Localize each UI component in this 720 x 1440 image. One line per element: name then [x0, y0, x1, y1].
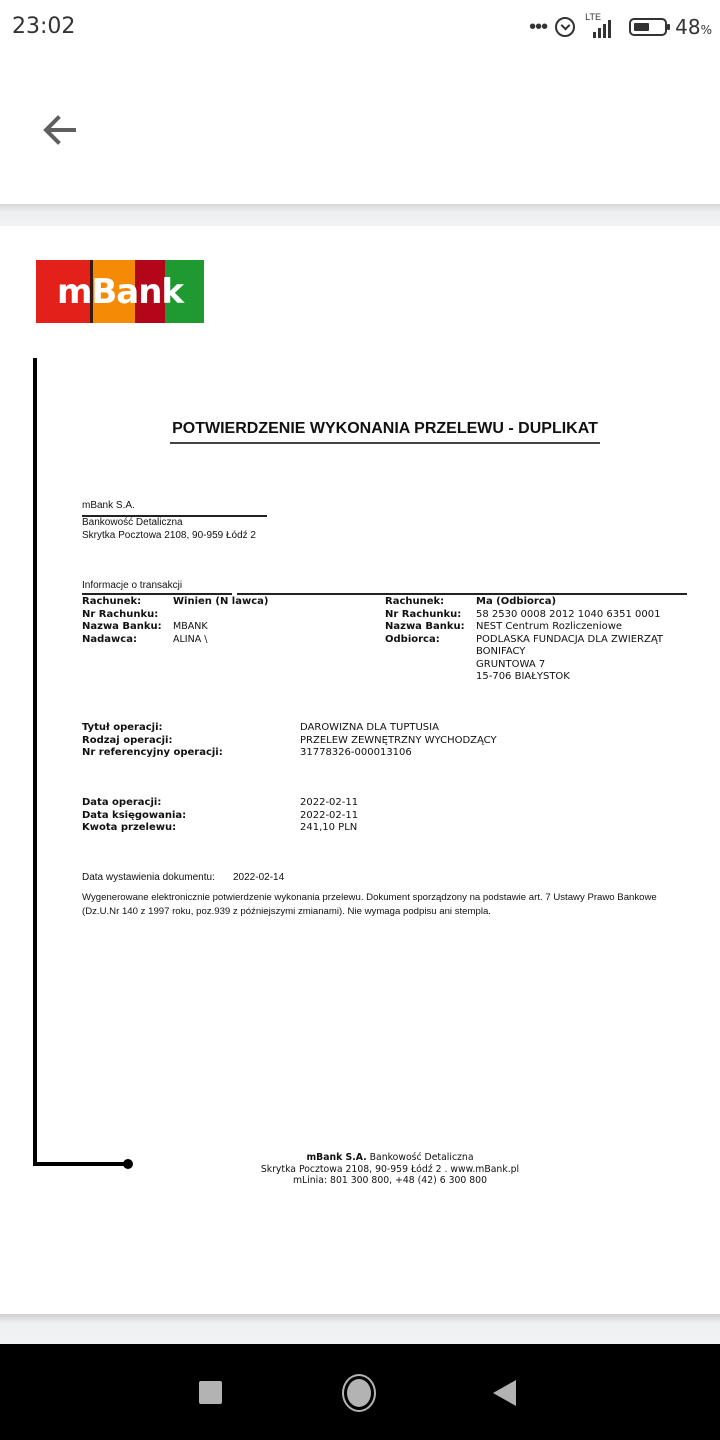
triangle-back-icon[interactable] [493, 1380, 516, 1406]
decorative-dot [123, 1159, 133, 1169]
section-divider [82, 593, 232, 595]
battery-icon [629, 18, 667, 36]
receiver-address-line: 15-706 BIAŁYSTOK [476, 671, 663, 684]
status-bar: 23:02 ••• LTE 48% [0, 0, 720, 56]
arrow-left-icon [38, 108, 82, 152]
receiver-name-line: PODLASKA FUNDACJA DLA ZWIERZĄT [476, 634, 663, 647]
disclaimer-text: Wygenerowane elektronicznie potwierdzeni… [82, 891, 682, 918]
date-labels: Data operacji: Data księgowania: Kwota p… [82, 797, 186, 835]
document-page[interactable] [0, 226, 720, 1314]
status-icons: ••• LTE 48% [529, 12, 712, 42]
operation-type: PRZELEW ZEWNĘTRZNY WYCHODZĄCY [300, 735, 497, 748]
page-separator [0, 1314, 720, 1344]
alarm-clock-icon [555, 17, 575, 37]
receiver-address-line: GRUNTOWA 7 [476, 659, 663, 672]
sender-bank: MBANK [173, 621, 268, 634]
document-title: POTWIERDZENIE WYKONANIA PRZELEWU - DUPLI… [170, 420, 600, 438]
operation-date: 2022-02-11 [300, 797, 358, 810]
clock: 23:02 [12, 14, 75, 39]
footer-division: Bankowość Detaliczna [367, 1152, 474, 1163]
operation-labels: Tytuł operacji: Rodzaj operacji: Nr refe… [82, 722, 223, 760]
receiver-account-type: Ma (Odbiorca) [476, 596, 556, 607]
posting-date: 2022-02-11 [300, 810, 358, 823]
receiver-values: Ma (Odbiorca) 58 2530 0008 2012 1040 635… [476, 596, 663, 684]
receiver-account-number: 58 2530 0008 2012 1040 6351 0001 [476, 609, 663, 622]
issuer-name: mBank S.A. [82, 499, 135, 512]
footer-phone: mLinia: 801 300 800, +48 (42) 6 300 800 [200, 1175, 580, 1187]
receiver-labels: Rachunek: Nr Rachunku: Nazwa Banku: Odbi… [385, 596, 465, 646]
decorative-vertical-line [33, 358, 37, 1166]
title-underline [170, 442, 600, 444]
sender-name: ALINA \ [173, 634, 268, 647]
sender-labels: Rachunek: Nr Rachunku: Nazwa Banku: Nada… [82, 596, 162, 646]
issue-date-label: Data wystawienia dokumentu: [82, 871, 215, 884]
issuer-address: Skrytka Pocztowa 2108, 90-959 Łódź 2 [82, 529, 256, 542]
section-divider [237, 593, 687, 595]
date-values: 2022-02-11 2022-02-11 241,10 PLN [300, 797, 358, 835]
back-button[interactable] [38, 108, 82, 152]
document-footer: mBank S.A. Bankowość Detaliczna Skrytka … [200, 1152, 580, 1187]
sender-account-number [173, 609, 268, 622]
square-recents-icon[interactable] [199, 1381, 222, 1404]
sender-values: Winien (N lawca) MBANK ALINA \ [173, 596, 268, 646]
app-bar [0, 56, 720, 204]
issuer-division: Bankowość Detaliczna [82, 516, 183, 529]
receiver-bank: NEST Centrum Rozliczeniowe [476, 621, 663, 634]
transfer-amount: 241,10 PLN [300, 822, 358, 835]
operation-title: DAROWIZNA DLA TUPTUSIA [300, 722, 497, 735]
section-label: Informacje o transakcji [82, 579, 182, 592]
issue-date-value: 2022-02-14 [233, 871, 284, 884]
footer-company: mBank S.A. [306, 1152, 366, 1163]
mbank-logo: mBank [36, 260, 204, 323]
operation-reference: 31778326-000013106 [300, 747, 497, 760]
page-separator [0, 204, 720, 226]
signal-icon: LTE [583, 14, 621, 40]
footer-address: Skrytka Pocztowa 2108, 90-959 Łódź 2 . w… [200, 1164, 580, 1176]
decorative-horizontal-line [33, 1162, 128, 1166]
battery-percent: 48% [675, 15, 712, 39]
receiver-name-line: BONIFACY [476, 646, 663, 659]
sender-account-type: Winien (N lawca) [173, 596, 268, 607]
circle-home-icon[interactable] [342, 1374, 376, 1412]
operation-values: DAROWIZNA DLA TUPTUSIA PRZELEW ZEWNĘTRZN… [300, 722, 497, 760]
more-notifications-icon: ••• [529, 16, 547, 39]
